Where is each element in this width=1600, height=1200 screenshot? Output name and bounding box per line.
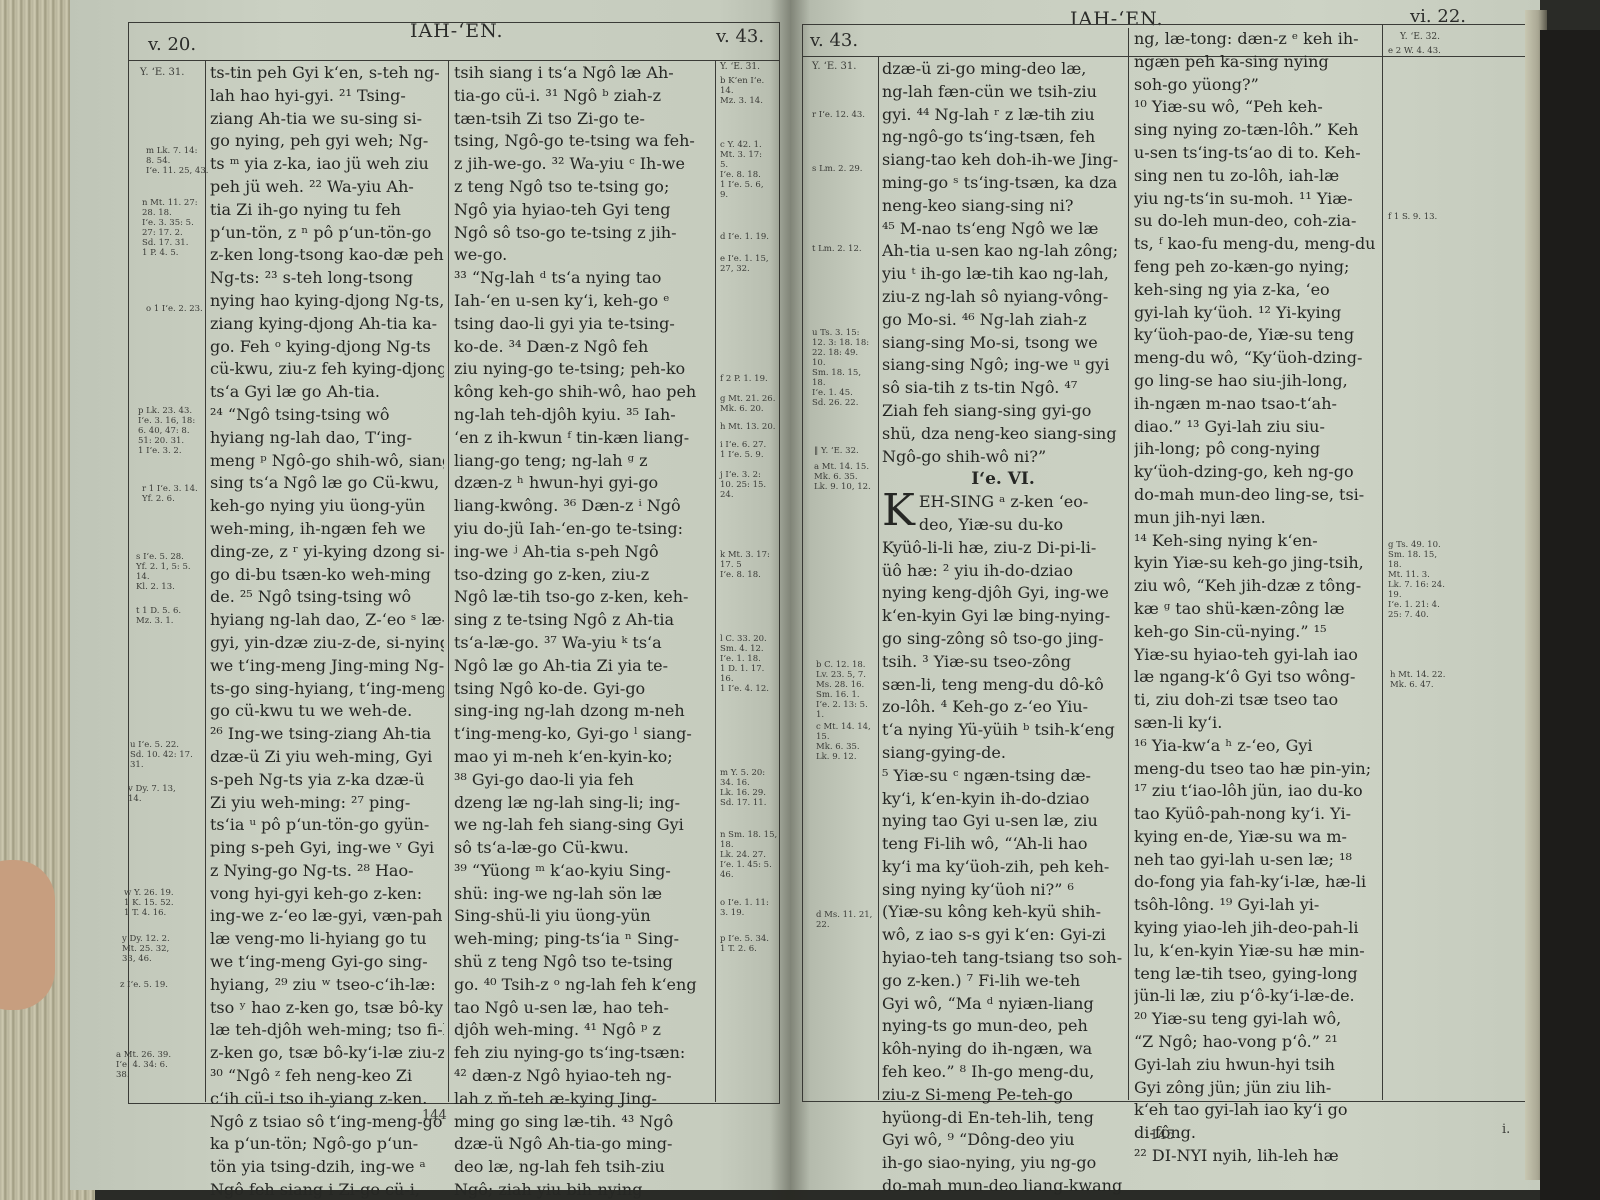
text-line: mun jih-nyi læn. xyxy=(1134,507,1378,530)
text-line: ¹⁷ ziu t‘iao-lôh jün, iao du-ko xyxy=(1134,780,1378,803)
text-line: p‘un-tön, z ⁿ pô p‘un-tön-go xyxy=(210,222,444,245)
text-line: tsih. ³ Yiæ-su tseo-zông xyxy=(882,651,1124,674)
text-line: EH-SING ᵃ z-ken ‘eo- xyxy=(919,491,1124,514)
margin-note: l C. 33. 20. Sm. 4. 12. I‘e. 1. 18. 1 D.… xyxy=(720,634,769,694)
text-line: weh-ming, ih-ngæn feh we xyxy=(210,518,444,541)
text-line: weh-ming; ping-ts‘ia ⁿ Sing- xyxy=(454,928,710,951)
text-line: Gyi zông jün; jün ziu lih- xyxy=(1134,1077,1378,1100)
text-line: nying hao kying-djong Ng-ts, xyxy=(210,290,444,313)
left-header-rule xyxy=(128,60,780,61)
text-line: ih-go siao-nying, yiu ng-go xyxy=(882,1152,1124,1175)
text-line: do-fong yia fah-ky‘i-læ, hæ-li xyxy=(1134,871,1378,894)
left-margin-divider xyxy=(205,60,206,1102)
right-page: IAH-‘EN. v. 43. vi. 22. Y. ‘E. 31. Y. ‘E… xyxy=(790,0,1540,1190)
text-line: ts‘a Gyi læ go Ah-tia. xyxy=(210,381,444,404)
text-line: go sing-zông sô tso-go jing- xyxy=(882,628,1124,651)
text-line: ziu wô, “Keh jih-dzæ z tông- xyxy=(1134,575,1378,598)
margin-note: f 2 P. 1. 19. xyxy=(720,374,768,384)
margin-note: u I‘e. 5. 22. Sd. 10. 42: 17. 31. xyxy=(130,740,193,770)
text-line: we t‘ing-meng Jing-ming Ng- xyxy=(210,655,444,678)
text-line: Iah-‘en u-sen ky‘i, keh-go ᵉ xyxy=(454,290,710,313)
text-line: dzeng læ ng-lah sing-li; ing- xyxy=(454,792,710,815)
text-line: keh-go Sin-cü-nying.” ¹⁵ xyxy=(1134,621,1378,644)
left-chapter-marker: Y. ‘E. 31. xyxy=(140,68,184,78)
margin-note: m Y. 5. 20: 34. 16. Lk. 16. 29. Sd. 17. … xyxy=(720,768,766,808)
text-line: k‘eh tao gyi-lah iao ky‘i go xyxy=(1134,1099,1378,1122)
margin-note: f 1 S. 9. 13. xyxy=(1388,212,1437,222)
margin-note: g Mt. 21. 26. Mk. 6. 20. xyxy=(720,394,775,414)
margin-note: d Ms. 11. 21, 22. xyxy=(816,910,872,930)
right-chapter-marker: Y. ‘E. 31. xyxy=(812,62,856,72)
margin-note: c Mt. 14. 14, 15. Mk. 6. 35. Lk. 9. 12. xyxy=(816,722,871,762)
text-line: ¹⁰ Yiæ-su wô, “Peh keh- xyxy=(1134,96,1378,119)
text-line: ko-de. ³⁴ Dæn-z Ngô feh xyxy=(454,336,710,359)
text-line: deo læ, ng-lah feh tsih-ziu xyxy=(454,1156,710,1179)
text-line: hyüong-di En-teh-lih, teng xyxy=(882,1107,1124,1130)
margin-note: w Y. 26. 19. 1 K. 15. 52. 1 T. 4. 16. xyxy=(124,888,174,918)
text-line: ¹⁶ Yia-kw‘a ʰ z-‘eo, Gyi xyxy=(1134,735,1378,758)
text-line: ²² DI-NYI nyih, lih-leh hæ xyxy=(1134,1145,1378,1168)
text-line: go Mo-si. ⁴⁶ Ng-lah ziah-z xyxy=(882,309,1124,332)
right-text-column-1: dzæ-ü zi-go ming-deo læ,ng-lah fæn-cün w… xyxy=(882,58,1124,1198)
margin-note: t 1 D. 5. 6. Mz. 3. 1. xyxy=(136,606,181,626)
text-line: keh-go nying yiu üong-yün xyxy=(210,495,444,518)
text-line: cü-kwu, ziu-z feh kying-djong xyxy=(210,358,444,381)
margin-note: p I‘e. 5. 34. 1 T. 2. 6. xyxy=(720,934,769,954)
text-line: Ngô yia hyiao-teh Gyi teng xyxy=(454,199,710,222)
signature-mark: i. xyxy=(1502,1122,1510,1137)
margin-note: b K‘en I‘e. 14. Mz. 3. 14. xyxy=(720,76,764,106)
text-line: ky‘i ma ky‘üoh-zih, peh keh- xyxy=(882,856,1124,879)
left-column-divider xyxy=(448,60,449,1102)
text-line: ³⁹ “Yüong ᵐ k‘ao-kyiu Sing- xyxy=(454,860,710,883)
text-line: vong hyi-gyi keh-go z-ken: xyxy=(210,883,444,906)
text-line: nying-ts go mun-deo, peh xyxy=(882,1015,1124,1038)
text-line: teng læ-tih tseo, gying-long xyxy=(1134,963,1378,986)
text-line: gyi-lah ky‘üoh. ¹² Yi-kying xyxy=(1134,302,1378,325)
text-line: hyiang ng-lah dao, Z-‘eo ˢ læ- xyxy=(210,609,444,632)
text-line: gyi, yin-dzæ ziu-z-de, si-nying ᵗ xyxy=(210,632,444,655)
text-line: tsing Ngô ko-de. Gyi-go xyxy=(454,678,710,701)
right-text-column-2: ng, læ-tong: dæn-z ᵉ keh ih-ngæn peh ka-… xyxy=(1134,28,1378,1168)
text-line: meng-du tseo tao hæ pin-yin; xyxy=(1134,758,1378,781)
reader-thumb xyxy=(0,860,55,1010)
text-line: ziu nying-go te-tsing; peh-ko xyxy=(454,358,710,381)
text-line: siang-gying-de. xyxy=(882,742,1124,765)
text-line: feh ziu nying-go ts‘ing-tsæn: xyxy=(454,1042,710,1065)
text-line: tso-dzing go z-ken, ziu-z xyxy=(454,564,710,587)
margin-note: z I‘e. 5. 19. xyxy=(120,980,168,990)
text-line: go. Feh ᵒ kying-djong Ng-ts xyxy=(210,336,444,359)
text-line: teng Fi-lih wô, “‘Ah-li hao xyxy=(882,833,1124,856)
text-line: sæn-li, teng meng-du dô-kô xyxy=(882,674,1124,697)
margin-note: d I‘e. 1. 19. xyxy=(720,232,769,242)
text-line: læ veng-mo li-hyiang go tu xyxy=(210,928,444,951)
right-column-divider xyxy=(1128,28,1129,1100)
text-line: sô ts‘a-læ-go Cü-kwu. xyxy=(454,837,710,860)
text-line: ziu-z Si-meng Pe-teh-go xyxy=(882,1084,1124,1107)
text-line: tao Ngô u-sen læ, hao teh- xyxy=(454,997,710,1020)
text-line: ziang Ah-tia we su-sing si- xyxy=(210,108,444,131)
text-line: ping s-peh Gyi, ing-we ᵛ Gyi xyxy=(210,837,444,860)
margin-note: a Mt. 14. 15. Mk. 6. 35. Lk. 9. 10, 12. xyxy=(814,462,871,492)
text-line: c‘ih cü-i tso ih-yiang z-ken. xyxy=(210,1088,444,1111)
margin-note: c Y. 42. 1. Mt. 3. 17: 5. I‘e. 8. 18. 1 … xyxy=(720,140,764,200)
text-line: go cü-kwu tu we weh-de. xyxy=(210,700,444,723)
text-line: ²⁴ “Ngô tsing-tsing wô xyxy=(210,404,444,427)
text-line: ming-go ˢ ts‘ing-tsæn, ka dza xyxy=(882,172,1124,195)
text-line: diao.” ¹³ Gyi-lah ziu siu- xyxy=(1134,416,1378,439)
text-line: Ngô feh siang i Zi-go cü-i, xyxy=(210,1179,444,1200)
text-line: tön yia tsing-dzih, ing-we ᵃ xyxy=(210,1156,444,1179)
text-line: k‘en-kyin Gyi læ bing-nying- xyxy=(882,605,1124,628)
text-line: ky‘i, k‘en-kyin ih-do-dziao xyxy=(882,788,1124,811)
text-line: wô, z iao s-s gyi k‘en: Gyi-zi xyxy=(882,924,1124,947)
margin-note: v Dy. 7. 13, 14. xyxy=(128,784,176,804)
text-line: ⁴² dæn-z Ngô hyiao-teh ng- xyxy=(454,1065,710,1088)
text-line: ts-go sing-hyiang, t‘ing-meng- xyxy=(210,678,444,701)
text-line: siang-sing Mo-si, tsong we xyxy=(882,332,1124,355)
text-line: sing ts‘a Ngô læ go Cü-kwu, xyxy=(210,472,444,495)
margin-note: p Lk. 23. 43. I‘e. 3. 16, 18: 6. 40, 47:… xyxy=(138,406,195,456)
text-line: deo, Yiæ-su du-ko xyxy=(919,514,1124,537)
text-line: læ teh-djôh weh-ming; tso fi-li xyxy=(210,1019,444,1042)
text-line: go. ⁴⁰ Tsih-z ᵒ ng-lah feh k‘eng xyxy=(454,974,710,997)
text-line: kông keh-go shih-wô, hao peh xyxy=(454,381,710,404)
text-line: ⁵ Yiæ-su ᶜ ngæn-tsing dæ- xyxy=(882,765,1124,788)
text-line: læ ngang-k‘ô Gyi tso wông- xyxy=(1134,666,1378,689)
right-page-number: 145 xyxy=(1150,1128,1175,1143)
margin-note: k Mt. 3. 17: 17. 5 I‘e. 8. 18. xyxy=(720,550,770,580)
text-line: Gyi-lah ziu hwun-hyi tsih xyxy=(1134,1054,1378,1077)
text-line: tso ʸ hao z-ken go, tsæ bô-ky‘i- xyxy=(210,997,444,1020)
margin-note: r 1 I‘e. 3. 14. Yf. 2. 6. xyxy=(142,484,198,504)
text-line: Ngô læ go Ah-tia Zi yia te- xyxy=(454,655,710,678)
text-line: go ling-se hao siu-jih-long, xyxy=(1134,370,1378,393)
text-line: sô sia-tih z ts-tin Ngô. ⁴⁷ xyxy=(882,377,1124,400)
margin-note: s I‘e. 5. 28. Yf. 2. 1, 5: 5. 14. Kl. 2.… xyxy=(136,552,191,592)
text-line: ziang kying-djong Ah-tia ka- xyxy=(210,313,444,336)
text-line: siang-tao keh doh-ih-we Jing- xyxy=(882,149,1124,172)
text-line: z-ken long-tsong kao-dæ peh xyxy=(210,244,444,267)
book-cover-right xyxy=(1540,30,1600,1200)
text-line: Gyi wô, “Ma ᵈ nyiæn-liang xyxy=(882,993,1124,1016)
text-line: ky‘üoh-pao-de, Yiæ-su teng xyxy=(1134,324,1378,347)
text-line: Yiæ-su hyiao-teh gyi-lah iao xyxy=(1134,644,1378,667)
drop-cap-letter: K xyxy=(882,491,915,531)
text-line: Ngô læ-tih tso-go z-ken, keh- xyxy=(454,586,710,609)
text-line: feh keo.” ⁸ Ih-go meng-du, xyxy=(882,1061,1124,1084)
text-line: Ngô z tsiao sô t‘ing-meng-go xyxy=(210,1111,444,1134)
text-line: z Nying-go Ng-ts. ²⁸ Hao- xyxy=(210,860,444,883)
text-line: ng, læ-tong: dæn-z ᵉ keh ih- xyxy=(1134,28,1378,51)
text-line: shü z teng Ngô tso te-tsing xyxy=(454,951,710,974)
margin-note: i I‘e. 6. 27. 1 I‘e. 5. 9. xyxy=(720,440,766,460)
text-line: gyi. ⁴⁴ Ng-lah ʳ z læ-tih ziu xyxy=(882,104,1124,127)
text-line: meng-du wô, “Ky‘üoh-dzing- xyxy=(1134,347,1378,370)
margin-note: ‖ Y. ‘E. 32. xyxy=(814,446,859,456)
text-line: z teng Ngô tso te-tsing go; xyxy=(454,176,710,199)
text-line: ³⁸ Gyi-go dao-li yia feh xyxy=(454,769,710,792)
margin-note: g Ts. 49. 10. Sm. 18. 15, 18. Mt. 11. 3.… xyxy=(1388,540,1445,620)
text-line: tia-go cü-i. ³¹ Ngô ᵇ ziah-z xyxy=(454,85,710,108)
text-line: tsôh-lông. ¹⁹ Gyi-lah yi- xyxy=(1134,894,1378,917)
text-line: djôh weh-ming. ⁴¹ Ngô ᵖ z xyxy=(454,1019,710,1042)
text-line: neng-keo siang-sing ni? xyxy=(882,195,1124,218)
open-book-spread: IAH-‘EN. v. 20. v. 43. Y. ‘E. 31. Y. ‘E.… xyxy=(0,0,1600,1200)
right-margin-divider xyxy=(878,56,879,1100)
margin-note: y Dy. 12. 2. Mt. 25. 32, 33, 46. xyxy=(122,934,170,964)
text-line: mao yi m-neh k‘en-kyin-ko; xyxy=(454,746,710,769)
text-line: sing nen tu zo-lôh, iah-læ xyxy=(1134,165,1378,188)
margin-note: s Lm. 2. 29. xyxy=(812,164,863,174)
text-line: de. ²⁵ Ngô tsing-tsing wô xyxy=(210,586,444,609)
text-line: t‘ing-meng-ko, Gyi-go ˡ siang- xyxy=(454,723,710,746)
text-line: do-mah mun-deo liang-kwang xyxy=(882,1175,1124,1198)
text-line: Kyüô-li-li hæ, ziu-z Di-pi-li- xyxy=(882,537,1124,560)
text-line: kæ ᵍ tao shü-kæn-zông læ xyxy=(1134,598,1378,621)
text-line: ing-we ʲ Ah-tia s-peh Ngô xyxy=(454,541,710,564)
left-text-column-1: ts-tin peh Gyi k‘en, s-teh ng-lah hao hy… xyxy=(210,62,444,1200)
margin-note: n Sm. 18. 15, 18. Lk. 24. 27. I‘e. 1. 45… xyxy=(720,830,777,880)
text-line: yiu ng-ts‘in su-moh. ¹¹ Yiæ- xyxy=(1134,188,1378,211)
text-line: lah z m̆-teh æ-kying Jing- xyxy=(454,1088,710,1111)
text-line: Ziah feh siang-sing gyi-go xyxy=(882,400,1124,423)
text-line: soh-go yüong?” xyxy=(1134,74,1378,97)
text-line: yiu do-jü Iah-‘en-go te-tsing: xyxy=(454,518,710,541)
text-line: kying en-de, Yiæ-su wa m- xyxy=(1134,826,1378,849)
left-page-number: 144 xyxy=(422,1108,447,1123)
text-line: s-peh Ng-ts yia z-ka dzæ-ü xyxy=(210,769,444,792)
text-line: tæn-tsih Zi tso Zi-go te- xyxy=(454,108,710,131)
text-line: tia Zi ih-go nying tu feh xyxy=(210,199,444,222)
chapter-heading: I‘e. VI. xyxy=(882,468,1124,491)
text-line: ih-ngæn m-nao tsao-t‘ah- xyxy=(1134,393,1378,416)
text-line: tsih siang i ts‘a Ngô læ Ah- xyxy=(454,62,710,85)
text-line: ts‘a-læ-go. ³⁷ Wa-yiu ᵏ ts‘a xyxy=(454,632,710,655)
text-line: ²⁶ Ing-we tsing-ziang Ah-tia xyxy=(210,723,444,746)
text-line: ³³ “Ng-lah ᵈ ts‘a nying tao xyxy=(454,267,710,290)
text-line: ng-lah teh-djôh kyiu. ³⁵ Iah- xyxy=(454,404,710,427)
margin-note: t Lm. 2. 12. xyxy=(812,244,862,254)
text-line: ka p‘un-tön; Ngô-go p‘un- xyxy=(210,1133,444,1156)
margin-note: u Ts. 3. 15: 12. 3: 18. 18: 22. 18: 49. … xyxy=(812,328,869,408)
text-line: ts, ᶠ kao-fu meng-du, meng-du xyxy=(1134,233,1378,256)
text-line: tao Kyüô-pah-nong ky‘i. Yi- xyxy=(1134,803,1378,826)
text-line: dzæ-ü Ngô Ah-tia-go ming- xyxy=(454,1133,710,1156)
text-line: Ngô; ziah yiu bih-nying xyxy=(454,1179,710,1200)
text-line: go nying, peh gyi weh; Ng- xyxy=(210,130,444,153)
text-line: nying tao Gyi u-sen læ, ziu xyxy=(882,810,1124,833)
margin-note: a Mt. 26. 39. I‘e. 4. 34: 6. 38. xyxy=(116,1050,171,1080)
text-line: siang-sing Ngô; ing-we ᵘ gyi xyxy=(882,354,1124,377)
text-line: ‘en z ih-kwun ᶠ tin-kæn liang- xyxy=(454,427,710,450)
text-line: tsing, Ngô-go te-tsing wa feh- xyxy=(454,130,710,153)
text-line: (Yiæ-su kông keh-kyü shih- xyxy=(882,901,1124,924)
text-line: feng peh zo-kæn-go nying; xyxy=(1134,256,1378,279)
text-line: ⁴⁵ M-nao ts‘eng Ngô we læ xyxy=(882,218,1124,241)
text-line: “Z Ngô; hao-vong p‘ô.” ²¹ xyxy=(1134,1031,1378,1054)
margin-note: e I‘e. 1. 15, 27, 32. xyxy=(720,254,769,274)
text-line: ing-we z-‘eo læ-gyi, væn-pah xyxy=(210,905,444,928)
text-line: Gyi wô, ⁹ “Dông-deo yiu xyxy=(882,1129,1124,1152)
text-line: ts ᵐ yia z-ka, iao jü weh ziu xyxy=(210,153,444,176)
text-line: su do-leh mun-deo, coh-zia- xyxy=(1134,210,1378,233)
text-line: liang-go teng; ng-lah ᵍ z xyxy=(454,450,710,473)
text-line: we t‘ing-meng Gyi-go sing- xyxy=(210,951,444,974)
text-line: sing z te-tsing Ngô z Ah-tia xyxy=(454,609,710,632)
text-line: ming go sing læ-tih. ⁴³ Ngô xyxy=(454,1111,710,1134)
margin-note: r I‘e. 12. 43. xyxy=(812,110,865,120)
text-line: kyin Yiæ-su keh-go jing-tsih, xyxy=(1134,552,1378,575)
text-line: kying yiao-leh jih-deo-pah-li xyxy=(1134,917,1378,940)
book-spine-gutter xyxy=(770,0,810,1200)
text-line: ding-ze, z ʳ yi-kying dzong si- xyxy=(210,541,444,564)
text-line: Sing-shü-li yiu üong-yün xyxy=(454,905,710,928)
text-line: ts-tin peh Gyi k‘en, s-teh ng- xyxy=(210,62,444,85)
text-line: dzæn-z ʰ hwun-hyi gyi-go xyxy=(454,472,710,495)
text-line: ky‘üoh-dzing-go, keh ng-go xyxy=(1134,461,1378,484)
text-line: ngæn peh ka-sing nying xyxy=(1134,51,1378,74)
left-inner-chapter-marker: Y. ‘E. 31. xyxy=(720,62,760,72)
text-line: sing-ing ng-lah dzong m-neh xyxy=(454,700,710,723)
text-line: üô hæ: ² yiu ih-do-dziao xyxy=(882,560,1124,583)
margin-note: e 2 W. 4. 43. xyxy=(1388,46,1441,56)
text-line: z jih-we-go. ³² Wa-yiu ᶜ Ih-we xyxy=(454,153,710,176)
text-line: go z-ken.) ⁷ Fi-lih we-teh xyxy=(882,970,1124,993)
text-line: neh tao gyi-lah u-sen læ; ¹⁸ xyxy=(1134,849,1378,872)
text-line: Ng-ts: ²³ s-teh long-tsong xyxy=(210,267,444,290)
margin-note: h Mt. 13. 20. xyxy=(720,422,775,432)
margin-note: n Mt. 11. 27: 28. 18. I‘e. 3. 35: 5. 27:… xyxy=(142,198,198,258)
text-line: dzæ-ü Zi yiu weh-ming, Gyi xyxy=(210,746,444,769)
text-line: dzæ-ü zi-go ming-deo læ, xyxy=(882,58,1124,81)
margin-note: h Mt. 14. 22. Mk. 6. 47. xyxy=(1390,670,1445,690)
text-line: Ngô sô tso-go te-tsing z jih- xyxy=(454,222,710,245)
margin-note: b C. 12. 18. Lv. 23. 5, 7. Ms. 28. 16. S… xyxy=(816,660,868,720)
text-line: sing nying zo-tæn-lôh.” Keh xyxy=(1134,119,1378,142)
text-line: ³⁰ “Ngô ᶻ feh neng-keo Zi xyxy=(210,1065,444,1088)
text-line: shü: ing-we ng-lah sön læ xyxy=(454,883,710,906)
text-line: u-sen ts‘ing-ts‘ao di to. Keh- xyxy=(1134,142,1378,165)
text-line: sing nying ky‘üoh ni?” ⁶ xyxy=(882,879,1124,902)
text-line: jün-li læ, ziu p‘ô-ky‘i-læ-de. xyxy=(1134,985,1378,1008)
margin-note: j I‘e. 3. 2: 10. 25: 15. 24. xyxy=(720,470,766,500)
text-line: hyiang, ²⁹ ziu ʷ tseo-c‘ih-læ: xyxy=(210,974,444,997)
text-line: shü, dza neng-keo siang-sing xyxy=(882,423,1124,446)
text-line: Zi yiu weh-ming: ²⁷ ping- xyxy=(210,792,444,815)
text-line: zo-lôh. ⁴ Keh-go z-‘eo Yiu- xyxy=(882,696,1124,719)
text-line: hyiang ng-lah dao, T‘ing- xyxy=(210,427,444,450)
text-line: t‘a nying Yü-yüih ᵇ tsih-k‘eng xyxy=(882,719,1124,742)
text-line: ²⁰ Yiæ-su teng gyi-lah wô, xyxy=(1134,1008,1378,1031)
text-line: meng ᵖ Ngô-go shih-wô, siang- xyxy=(210,450,444,473)
text-line: nying keng-djôh Gyi, ing-we xyxy=(882,582,1124,605)
text-line: do-mah mun-deo ling-se, tsi- xyxy=(1134,484,1378,507)
left-page: IAH-‘EN. v. 20. v. 43. Y. ‘E. 31. Y. ‘E.… xyxy=(70,0,790,1190)
text-line: ti, ziu doh-zi tsæ tseo tao xyxy=(1134,689,1378,712)
text-line: tsing dao-li gyi yia te-tsing- xyxy=(454,313,710,336)
text-line: go di-bu tsæn-ko weh-ming xyxy=(210,564,444,587)
text-line: kôh-nying do ih-ngæn, wa xyxy=(882,1038,1124,1061)
left-inner-margin-divider xyxy=(715,60,716,1102)
margin-note: o 1 I‘e. 2. 23. xyxy=(146,304,203,314)
left-text-column-2: tsih siang i ts‘a Ngô læ Ah-tia-go cü-i.… xyxy=(454,62,710,1200)
text-line: ¹⁴ Keh-sing nying k‘en- xyxy=(1134,530,1378,553)
text-line: we-go. xyxy=(454,244,710,267)
right-outer-margin-divider xyxy=(1382,24,1383,1100)
text-line: lu, k‘en-kyin Yiæ-su hæ min- xyxy=(1134,940,1378,963)
text-line: jih-long; pô cong-nying xyxy=(1134,438,1378,461)
text-line: ng-lah fæn-cün we tsih-ziu xyxy=(882,81,1124,104)
text-line: ng-ngô-go ts‘ing-tsæn, feh xyxy=(882,126,1124,149)
text-line: sæn-li ky‘i. xyxy=(1134,712,1378,735)
text-line: liang-kwông. ³⁶ Dæn-z ⁱ Ngô xyxy=(454,495,710,518)
text-line: ziu-z ng-lah sô nyiang-vông- xyxy=(882,286,1124,309)
text-line: we ng-lah feh siang-sing Gyi xyxy=(454,814,710,837)
text-line: keh-sing ng yia z-ka, ‘eo xyxy=(1134,279,1378,302)
text-line: z-ken go, tsæ bô-ky‘i-læ ziu-ze. xyxy=(210,1042,444,1065)
text-line: ts‘ia ᵘ pô p‘un-tön-go gyün- xyxy=(210,814,444,837)
text-line: peh jü weh. ²² Wa-yiu Ah- xyxy=(210,176,444,199)
text-line: Ngô-go shih-wô ni?” xyxy=(882,446,1124,469)
text-line: hyiao-teh tang-tsiang tso soh- xyxy=(882,947,1124,970)
text-line: Ah-tia u-sen kao ng-lah zông; xyxy=(882,240,1124,263)
margin-note: o I‘e. 1. 11: 3. 19. xyxy=(720,898,769,918)
text-line: lah hao hyi-gyi. ²¹ Tsing- xyxy=(210,85,444,108)
right-outer-chapter-marker: Y. ‘E. 32. xyxy=(1400,32,1440,42)
margin-note: m Lk. 7. 14: 8. 54. I‘e. 11. 25, 43. xyxy=(146,146,208,176)
text-line: yiu ᵗ ih-go læ-tih kao ng-lah, xyxy=(882,263,1124,286)
